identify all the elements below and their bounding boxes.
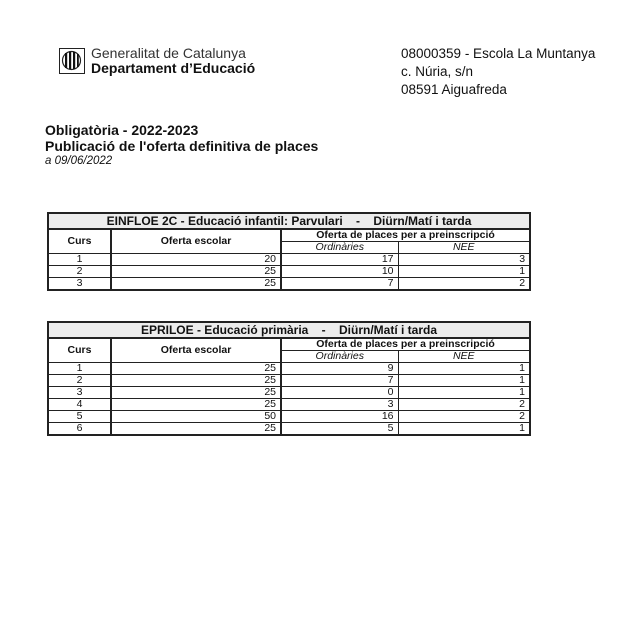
cell-oferta: 25 — [111, 387, 281, 399]
col-group-preinscripcio: Oferta de places per a preinscripció — [281, 229, 530, 242]
cell-nee: 2 — [398, 411, 530, 423]
generalitat-emblem-icon — [59, 48, 85, 74]
cell-ordinaries: 17 — [281, 254, 398, 266]
col-group-preinscripcio: Oferta de places per a preinscripció — [281, 338, 530, 351]
department-name: Departament d’Educació — [91, 61, 255, 76]
table-row: 42532 — [48, 399, 530, 411]
cell-oferta: 25 — [111, 278, 281, 291]
document-title: Obligatòria - 2022-2023 — [45, 122, 318, 138]
cell-ordinaries: 3 — [281, 399, 398, 411]
cell-oferta: 20 — [111, 254, 281, 266]
table-row: 22571 — [48, 375, 530, 387]
cell-ordinaries: 0 — [281, 387, 398, 399]
table-row: 550162 — [48, 411, 530, 423]
document-subtitle: Publicació de l'oferta definitiva de pla… — [45, 138, 318, 154]
cell-curs: 1 — [48, 254, 111, 266]
cell-ordinaries: 7 — [281, 375, 398, 387]
school-name: 08000359 - Escola La Muntanya — [401, 45, 595, 63]
table-row: 225101 — [48, 266, 530, 278]
table-row: 120173 — [48, 254, 530, 266]
cell-curs: 2 — [48, 375, 111, 387]
cell-curs: 4 — [48, 399, 111, 411]
cell-oferta: 25 — [111, 363, 281, 375]
cell-oferta: 25 — [111, 375, 281, 387]
cell-oferta: 50 — [111, 411, 281, 423]
cell-ordinaries: 5 — [281, 423, 398, 436]
publication-date: a 09/06/2022 — [45, 154, 318, 168]
cell-curs: 1 — [48, 363, 111, 375]
col-oferta-escolar: Oferta escolar — [111, 338, 281, 363]
cell-curs: 6 — [48, 423, 111, 436]
cell-ordinaries: 9 — [281, 363, 398, 375]
table-row: 32572 — [48, 278, 530, 291]
cell-oferta: 25 — [111, 266, 281, 278]
table-primaria: EPRILOE - Educació primària - Diürn/Matí… — [47, 321, 531, 436]
cell-ordinaries: 7 — [281, 278, 398, 291]
cell-oferta: 25 — [111, 423, 281, 436]
school-street: c. Núria, s/n — [401, 63, 595, 81]
cell-nee: 1 — [398, 387, 530, 399]
cell-curs: 5 — [48, 411, 111, 423]
org-name: Generalitat de Catalunya — [91, 46, 255, 61]
table-title: EINFLOE 2C - Educació infantil: Parvular… — [48, 213, 530, 229]
col-curs: Curs — [48, 229, 111, 254]
table-row: 32501 — [48, 387, 530, 399]
col-nee: NEE — [398, 242, 530, 254]
cell-nee: 2 — [398, 278, 530, 291]
cell-nee: 2 — [398, 399, 530, 411]
cell-ordinaries: 16 — [281, 411, 398, 423]
col-ordinaries: Ordinàries — [281, 242, 398, 254]
col-curs: Curs — [48, 338, 111, 363]
table-row: 12591 — [48, 363, 530, 375]
table-row: 62551 — [48, 423, 530, 436]
col-ordinaries: Ordinàries — [281, 351, 398, 363]
cell-nee: 1 — [398, 375, 530, 387]
document-heading: Obligatòria - 2022-2023 Publicació de l'… — [45, 122, 318, 168]
cell-curs: 3 — [48, 387, 111, 399]
table-infantil: EINFLOE 2C - Educació infantil: Parvular… — [47, 212, 531, 291]
col-nee: NEE — [398, 351, 530, 363]
cell-nee: 1 — [398, 363, 530, 375]
department-logo: Generalitat de Catalunya Departament d’E… — [59, 46, 255, 76]
cell-curs: 3 — [48, 278, 111, 291]
cell-nee: 1 — [398, 423, 530, 436]
cell-nee: 3 — [398, 254, 530, 266]
cell-oferta: 25 — [111, 399, 281, 411]
cell-curs: 2 — [48, 266, 111, 278]
cell-nee: 1 — [398, 266, 530, 278]
col-oferta-escolar: Oferta escolar — [111, 229, 281, 254]
school-address: 08000359 - Escola La Muntanya c. Núria, … — [401, 45, 595, 99]
table-title: EPRILOE - Educació primària - Diürn/Matí… — [48, 322, 530, 338]
school-city: 08591 Aiguafreda — [401, 81, 595, 99]
cell-ordinaries: 10 — [281, 266, 398, 278]
